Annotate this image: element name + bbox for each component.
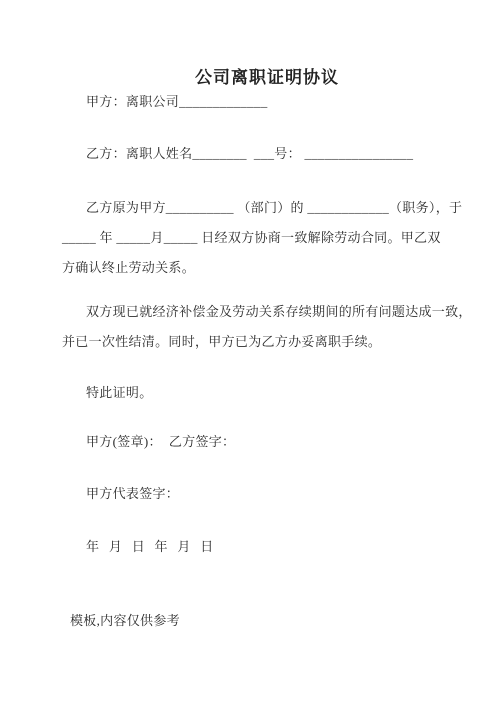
document-page: 公司离职证明协议 甲方：离职公司_____________ 乙方：离职人姓名__… [0,0,500,708]
signature-line: 甲方(签章)： 乙方签字： [86,433,235,451]
clause-2-line-1: 双方现已就经济补偿金及劳动关系存续期间的所有问题达成一致， [86,303,472,321]
clause-1-line-1: 乙方原为甲方__________ （部门）的 ____________（职务），… [86,199,462,217]
clause-2-line-2: 并已一次性结清。同时，甲方已为乙方办妥离职手续。 [62,333,381,351]
party-a-line: 甲方：离职公司_____________ [86,93,268,111]
representative-signature-line: 甲方代表签字： [86,485,179,503]
attestation-line: 特此证明。 [86,384,153,402]
clause-1-line-3: 方确认终止劳动关系。 [62,259,195,277]
template-disclaimer-note: 模板,内容仅供参考 [70,612,180,630]
date-line: 年 月 日 年 月 日 [86,538,214,556]
party-b-line: 乙方：离职人姓名________ ___号： ________________ [86,145,413,163]
document-title: 公司离职证明协议 [195,63,339,88]
clause-1-line-2: _____ 年 _____月_____ 日经双方协商一致解除劳动合同。甲乙双 [62,229,441,247]
